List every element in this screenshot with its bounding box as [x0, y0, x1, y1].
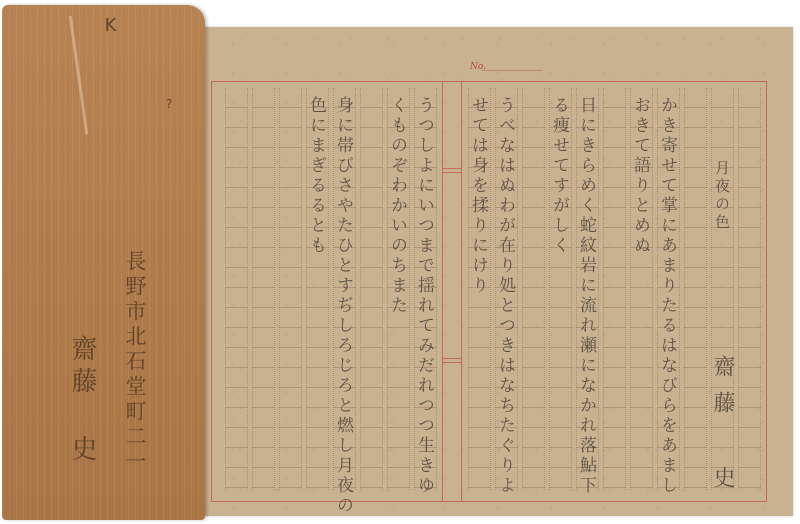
- poem-line-9: 身に帯びさやたひとすぢしろじろと燃し月夜の: [331, 96, 355, 516]
- author-name: 齋藤 史: [710, 355, 734, 502]
- poem-line-6: せては身を揉りにけり: [466, 96, 490, 296]
- grid-column: [603, 88, 626, 490]
- envelope-sender: 齋藤 史: [64, 335, 101, 467]
- center-divider: [442, 81, 462, 502]
- center-mark-upper: [442, 168, 462, 173]
- center-mark-lower: [442, 358, 462, 363]
- grid-column: [360, 88, 383, 490]
- page-number-line: [482, 70, 542, 71]
- envelope-crease: [69, 15, 89, 134]
- poem-line-10: 色にまぎるるとも: [304, 96, 328, 256]
- poem-line-7: うつしよにいつまで揺れてみだれつつ生きゆ: [412, 96, 436, 496]
- grid-column: [225, 88, 248, 490]
- envelope-top-mark: K: [100, 15, 121, 36]
- poem-line-8: くものぞわかいのちまた: [385, 96, 409, 316]
- envelope-address: 長野市北石堂町二一: [120, 250, 150, 475]
- grid-column: [684, 88, 707, 490]
- grid-column: [522, 88, 545, 490]
- poem-line-1: かき寄せて掌にあまりたるはなびらをあまし: [655, 96, 679, 496]
- poem-line-5: うべなはぬわが在り処とつきはなちたぐりよ: [493, 96, 517, 496]
- poem-line-2: おきて語りとめぬ: [628, 96, 652, 256]
- poem-line-4: る痩せてすがしく: [547, 96, 571, 256]
- envelope: K ? 長野市北石堂町二一 齋藤 史: [2, 5, 205, 520]
- envelope-side-mark: ?: [162, 97, 176, 111]
- grid-column: [738, 88, 761, 490]
- grid-column: [279, 88, 302, 490]
- poem-line-3: 日にきらめく蛇紋岩に流れ瀬になかれ落鮎下: [574, 96, 598, 496]
- grid-column: [252, 88, 275, 490]
- poem-title: 月夜の色: [710, 160, 734, 232]
